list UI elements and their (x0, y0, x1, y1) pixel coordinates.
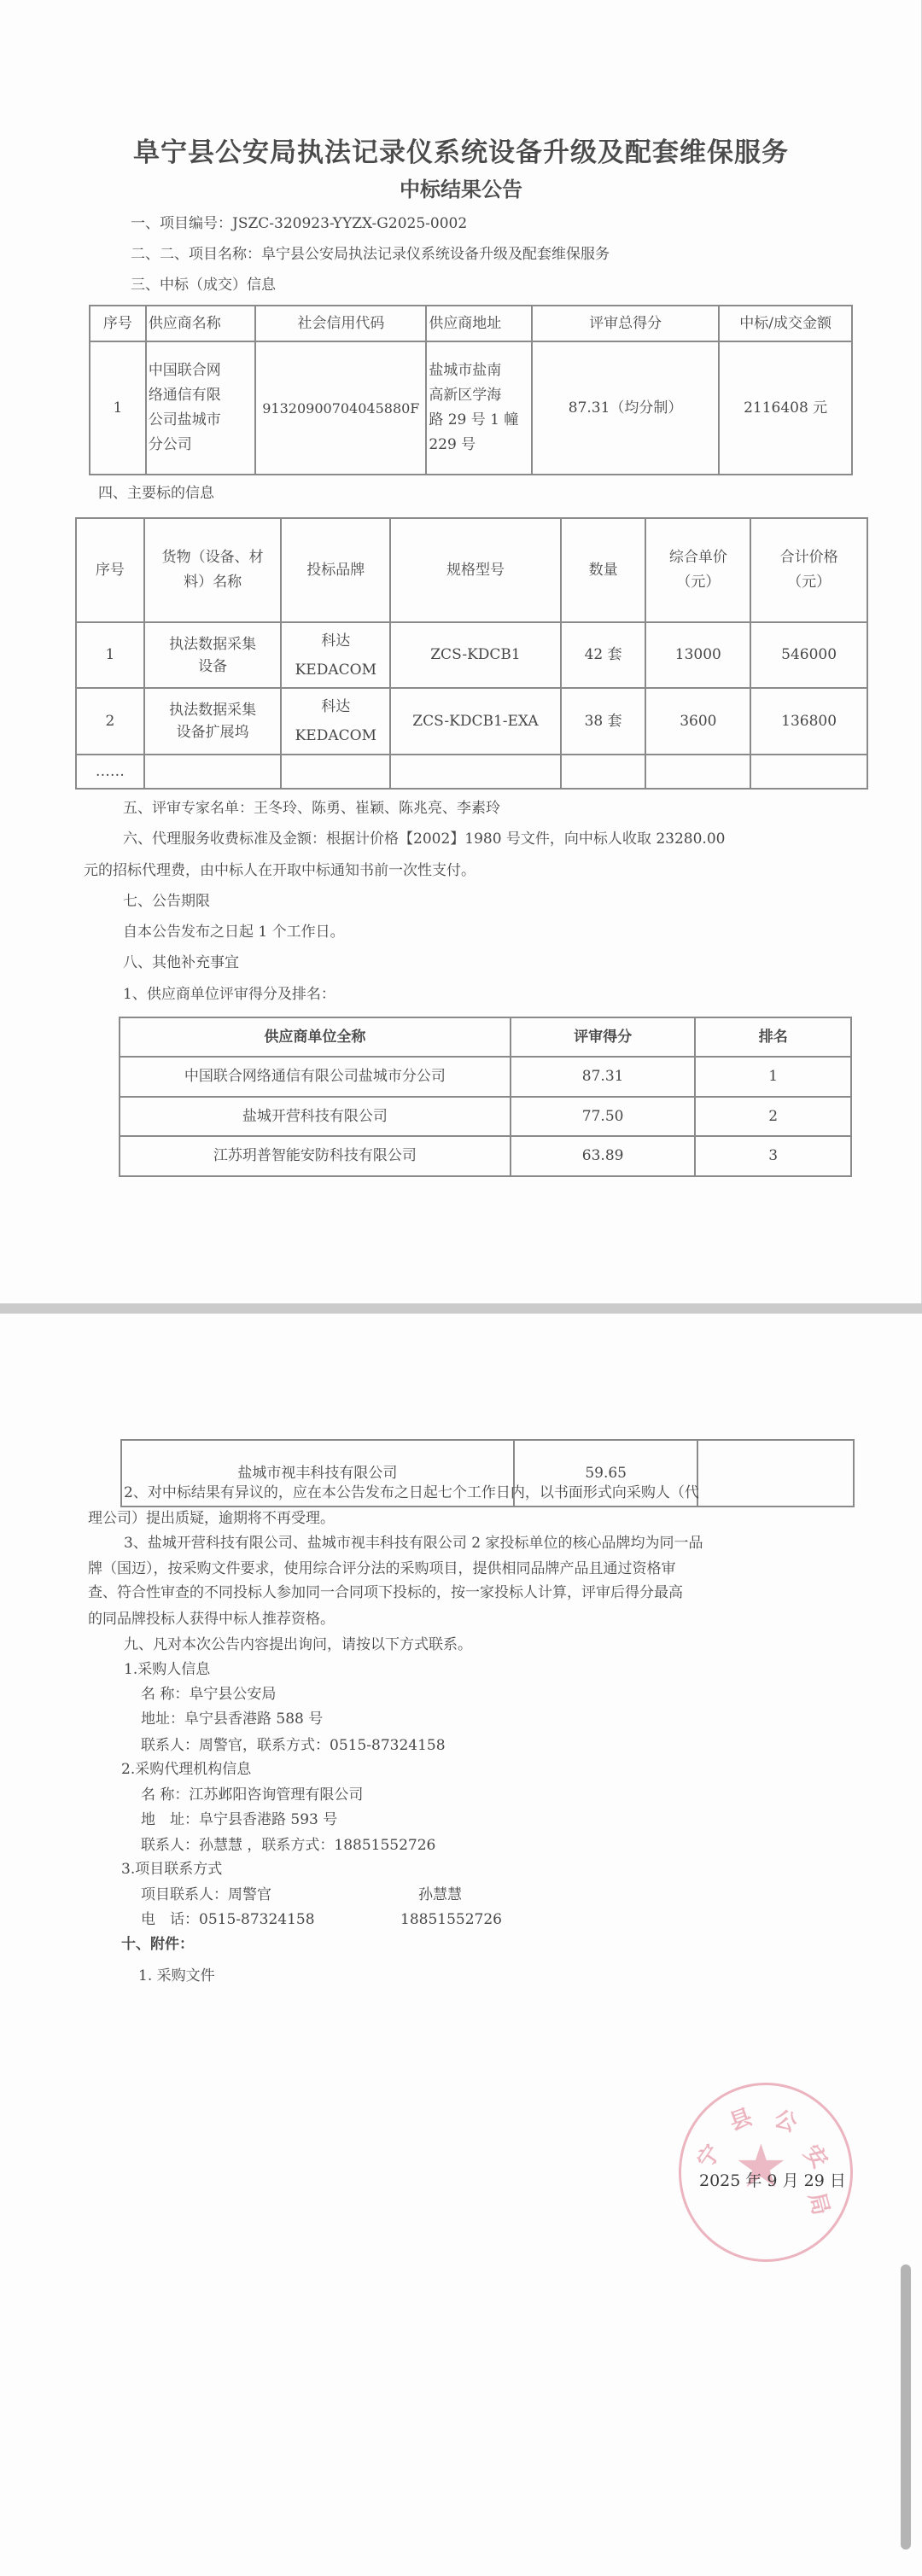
header-line: 综合单价 (648, 545, 748, 570)
row-ellipsis: …… (76, 755, 144, 789)
address-line: 229 号 (429, 433, 529, 458)
header-cell: 供应商名称 (146, 306, 256, 341)
notice-period-heading: 七、公告期限 (123, 893, 210, 910)
header-cell: 货物（设备、材 料）名称 (144, 518, 282, 622)
project-contact-phone: 电 话：0515-87324158 (141, 1911, 315, 1928)
goods-name-line: 执法数据采集 (147, 633, 279, 656)
header-cell: 评审得分 (511, 1017, 696, 1057)
supplier-name-cell: 中国联合网络通信有限公司盐城市分公司 (120, 1057, 511, 1097)
seal-char: 公 (770, 2101, 802, 2139)
document-page-1: 阜宁县公安局执法记录仪系统设备升级及配套维保服务 中标结果公告 一、项目编号：J… (0, 0, 922, 1303)
brand-cell: 科达 KEDACOM (281, 622, 390, 688)
rank-cell: 1 (695, 1057, 851, 1097)
header-cell: 投标品牌 (281, 518, 390, 622)
table-row: 1 中国联合网 络通信有限 公司盐城市 分公司 9132090070404588… (90, 341, 852, 475)
project-contact-heading: 3.项目联系方式 (121, 1861, 222, 1878)
award-table-header: 序号 供应商名称 社会信用代码 供应商地址 评审总得分 中标/成交金额 (90, 306, 852, 341)
project-contact-phone-2: 18851552726 (400, 1911, 502, 1928)
score-cell: 87.31 (511, 1057, 696, 1097)
agency-fee-line-2: 元的招标代理费，由中标人在开取中标通知书前一次性支付。 (84, 862, 476, 879)
same-brand-line-2: 牌（国迈），按采购文件要求，使用综合评分法的采购项目，提供相同品牌产品且通过资格… (88, 1560, 676, 1577)
table-row: 中国联合网络通信有限公司盐城市分公司 87.31 1 (120, 1057, 851, 1097)
project-name: 二、二、项目名称：阜宁县公安局执法记录仪系统设备升级及配套维保服务 (131, 246, 610, 263)
empty-cell (144, 755, 282, 789)
purchaser-name: 名 称：阜宁县公安局 (141, 1686, 276, 1703)
rank-cell (697, 1440, 854, 1507)
purchaser-heading: 1.采购人信息 (124, 1661, 210, 1678)
project-contact-person: 项目联系人：周警官 (141, 1886, 271, 1903)
supplier-name-cell: 盐城开营科技有限公司 (120, 1097, 511, 1136)
goods-name-line: 执法数据采集 (147, 699, 279, 721)
same-brand-line-3: 查、符合性审查的不同投标人参加同一合同项下投标的，按一家投标人计算，评审后得分最… (88, 1584, 683, 1601)
row-number: 2 (76, 688, 144, 755)
same-brand-line-1: 3、盐城开营科技有限公司、盐城市视丰科技有限公司 2 家投标单位的核心品牌均为同… (124, 1535, 703, 1552)
document-subtitle: 中标结果公告 (0, 172, 922, 202)
award-info-heading: 三、中标（成交）信息 (131, 277, 276, 294)
ranking-heading: 1、供应商单位评审得分及排名： (123, 986, 336, 1003)
address-line: 盐城市盐南 (429, 358, 529, 383)
empty-cell (390, 755, 561, 789)
agency-address: 地 址：阜宁县香港路 593 号 (141, 1811, 337, 1828)
award-table: 序号 供应商名称 社会信用代码 供应商地址 评审总得分 中标/成交金额 1 中国… (89, 305, 853, 475)
total-price-cell: 136800 (750, 688, 867, 755)
project-number: 一、项目编号：JSZC-320923-YYZX-G2025-0002 (131, 215, 467, 232)
amount-cell: 2116408 元 (719, 341, 852, 475)
empty-cell (645, 755, 750, 789)
agency-fee-line-1: 六、代理服务收费标准及金额：根据计价格【2002】1980 号文件，向中标人收取… (123, 830, 725, 848)
header-cell: 社会信用代码 (255, 306, 426, 341)
objection-line-1: 2、对中标结果有异议的，应在本公告发布之日起七个工作日内，以书面形式向采购人（代 (124, 1484, 699, 1501)
header-line: （元） (648, 570, 748, 595)
goods-table: 序号 货物（设备、材 料）名称 投标品牌 规格型号 数量 综合单价 （元） 合计… (75, 517, 868, 790)
header-cell: 合计价格 （元） (750, 518, 867, 622)
vertical-scrollbar[interactable] (901, 2264, 911, 2550)
header-cell: 供应商单位全称 (120, 1017, 511, 1057)
table-row: …… (76, 755, 867, 789)
agency-contact: 联系人：孙慧慧 ，联系方式：18851552726 (141, 1837, 435, 1854)
header-cell: 序号 (76, 518, 144, 622)
address-line: 路 29 号 1 幢 (429, 408, 529, 433)
table-row: 江苏玥普智能安防科技有限公司 63.89 3 (120, 1136, 851, 1176)
header-line: 合计价格 (753, 545, 865, 570)
row-number: 1 (76, 622, 144, 688)
header-line: （元） (753, 570, 865, 595)
purchaser-address: 地址：阜宁县香港路 588 号 (141, 1711, 323, 1728)
agency-heading: 2.采购代理机构信息 (121, 1761, 251, 1778)
score-cell: 63.89 (511, 1136, 696, 1176)
credit-code-cell: 91320900704045880F (255, 341, 426, 475)
supplier-name-cell: 中国联合网 络通信有限 公司盐城市 分公司 (146, 341, 256, 475)
goods-name-cell: 执法数据采集 设备扩展坞 (144, 688, 282, 755)
header-cell: 数量 (561, 518, 646, 622)
table-row: 2 执法数据采集 设备扩展坞 科达 KEDACOM ZCS-KDCB1-EXA … (76, 688, 867, 755)
header-cell: 供应商地址 (426, 306, 532, 341)
header-cell: 排名 (695, 1017, 851, 1057)
header-cell: 综合单价 （元） (645, 518, 750, 622)
notice-period-detail: 自本公告发布之日起 1 个工作日。 (123, 924, 345, 941)
other-matters-heading: 八、其他补充事宜 (123, 954, 239, 971)
quantity-cell: 38 套 (561, 688, 646, 755)
model-cell: ZCS-KDCB1 (390, 622, 561, 688)
empty-cell (281, 755, 390, 789)
page-divider (0, 1303, 922, 1314)
brand-cell: 科达 KEDACOM (281, 688, 390, 755)
header-line: 货物（设备、材 (147, 545, 279, 570)
quantity-cell: 42 套 (561, 622, 646, 688)
goods-name-line: 设备 (147, 656, 279, 678)
empty-cell (750, 755, 867, 789)
total-price-cell: 546000 (750, 622, 867, 688)
brand-line: KEDACOM (283, 721, 388, 750)
ranking-table-header: 供应商单位全称 评审得分 排名 (120, 1017, 851, 1057)
brand-line: 科达 (283, 692, 388, 721)
supplier-name-line: 中国联合网 (149, 358, 254, 383)
objection-line-2: 理公司）提出质疑，逾期将不再受理。 (88, 1510, 335, 1527)
ranking-table: 供应商单位全称 评审得分 排名 中国联合网络通信有限公司盐城市分公司 87.31… (119, 1017, 852, 1177)
table-row: 1 执法数据采集 设备 科达 KEDACOM ZCS-KDCB1 42 套 13… (76, 622, 867, 688)
goods-name-line: 设备扩展坞 (147, 721, 279, 743)
score-cell: 77.50 (511, 1097, 696, 1136)
attachment-procurement-file[interactable]: 1. 采购文件 (138, 1967, 215, 1984)
supplier-name-cell: 江苏玥普智能安防科技有限公司 (120, 1136, 511, 1176)
row-number: 1 (90, 341, 146, 475)
header-cell: 规格型号 (390, 518, 561, 622)
score-cell: 87.31（均分制） (532, 341, 719, 475)
address-line: 高新区学海 (429, 383, 529, 408)
unit-price-cell: 13000 (645, 622, 750, 688)
goods-name-cell: 执法数据采集 设备 (144, 622, 282, 688)
brand-line: KEDACOM (283, 656, 388, 685)
seal-char: 局 (802, 2188, 838, 2218)
header-cell: 中标/成交金额 (719, 306, 852, 341)
header-cell: 评审总得分 (532, 306, 719, 341)
inquiry-heading: 九、凡对本次公告内容提出询问，请按以下方式联系。 (124, 1636, 472, 1653)
header-line: 料）名称 (147, 570, 279, 595)
document-title: 阜宁县公安局执法记录仪系统设备升级及配套维保服务 (0, 131, 922, 169)
agency-name: 名 称：江苏邺阳咨询管理有限公司 (141, 1786, 363, 1804)
supplier-name-line: 分公司 (149, 433, 254, 458)
empty-cell (561, 755, 646, 789)
project-contact-person-2: 孙慧慧 (418, 1886, 462, 1903)
attachments-heading: 十、附件： (121, 1936, 194, 1953)
rank-cell: 3 (695, 1136, 851, 1176)
supplier-name-line: 公司盐城市 (149, 408, 254, 433)
experts-list: 五、评审专家名单：王冬玲、陈勇、崔颖、陈兆亮、李素玲 (123, 800, 500, 817)
table-row: 盐城开营科技有限公司 77.50 2 (120, 1097, 851, 1136)
model-cell: ZCS-KDCB1-EXA (390, 688, 561, 755)
purchaser-contact: 联系人：周警官，联系方式：0515-87324158 (141, 1737, 446, 1754)
goods-table-header: 序号 货物（设备、材 料）名称 投标品牌 规格型号 数量 综合单价 （元） 合计… (76, 518, 867, 622)
announcement-date: 2025 年 9 月 29 日 (699, 2168, 846, 2191)
same-brand-line-4: 的同品牌投标人获得中标人推荐资格。 (88, 1611, 335, 1628)
supplier-address-cell: 盐城市盐南 高新区学海 路 29 号 1 幢 229 号 (426, 341, 532, 475)
header-cell: 序号 (90, 306, 146, 341)
main-goods-heading: 四、主要标的信息 (98, 485, 214, 502)
unit-price-cell: 3600 (645, 688, 750, 755)
brand-line: 科达 (283, 627, 388, 656)
rank-cell: 2 (695, 1097, 851, 1136)
supplier-name-line: 络通信有限 (149, 383, 254, 408)
